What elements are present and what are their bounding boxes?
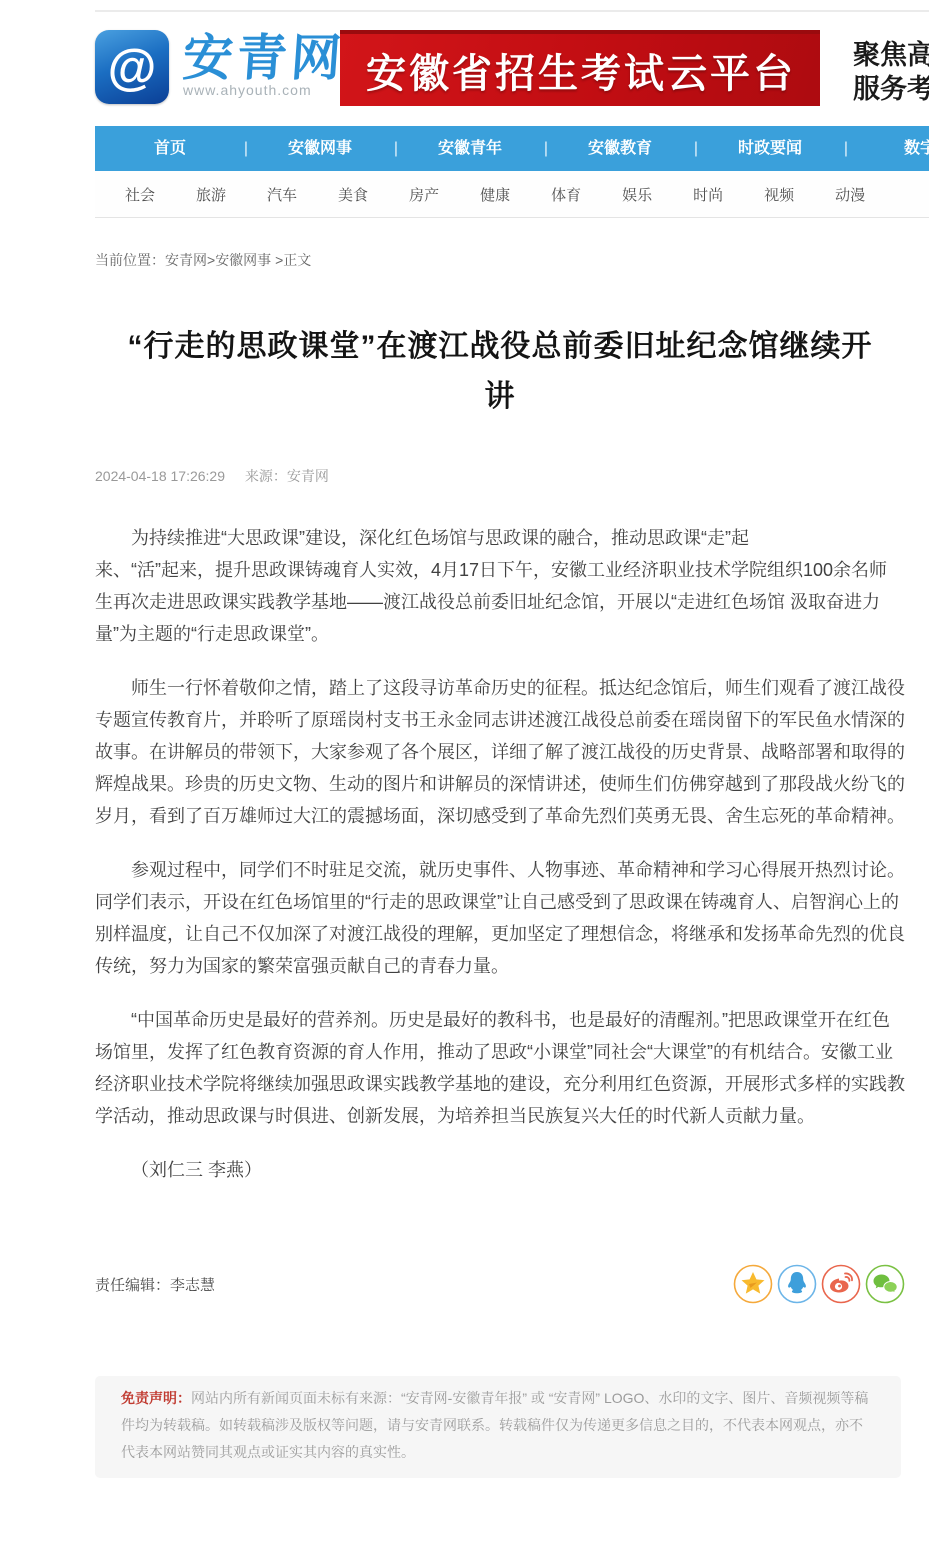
site-name: 安青网 — [181, 30, 347, 86]
at-logo-icon: @ — [95, 30, 169, 104]
breadcrumb: 当前位置：安青网>安徽网事 >正文 — [95, 250, 929, 270]
main-nav: 首页 安徽网事 安徽青年 安徽教育 时政要闻 数字 — [95, 126, 929, 171]
paragraph: 参观过程中，同学们不时驻足交流，就历史事件、人物事迹、革命精神和学习心得展开热烈… — [95, 854, 905, 982]
banner-title: 安徽省招生考试云平台 — [340, 42, 796, 99]
nav-item-politics[interactable]: 时政要闻 — [695, 126, 845, 171]
site-header: @ 安青网 www.ahyouth.com 安徽省招生考试云平台 聚焦高 服务考 — [95, 30, 929, 106]
subnav-fashion[interactable]: 时尚 — [693, 184, 723, 205]
paragraph: “中国革命历史是最好的营养剂。历史是最好的教科书，也是最好的清醒剂。”把思政课堂… — [95, 1004, 905, 1132]
breadcrumb-separator: > — [207, 252, 215, 268]
paragraph: 师生一行怀着敬仰之情，踏上了这段寻访革命历史的征程。抵达纪念馆后，师生们观看了渡… — [95, 672, 905, 832]
slogan-line-1: 聚焦高 — [853, 38, 929, 72]
subnav-auto[interactable]: 汽车 — [267, 184, 297, 205]
nav-item-home[interactable]: 首页 — [95, 126, 245, 171]
editor-row: 责任编辑：李志慧 — [95, 1264, 905, 1304]
weibo-share-button[interactable] — [821, 1264, 861, 1304]
qzone-icon — [733, 1264, 773, 1304]
source-label: 来源：安青网 — [245, 468, 329, 484]
subnav-health[interactable]: 健康 — [480, 184, 510, 205]
breadcrumb-label: 当前位置： — [95, 252, 165, 268]
subnav-video[interactable]: 视频 — [764, 184, 794, 205]
subnav-travel[interactable]: 旅游 — [196, 184, 226, 205]
qq-share-button[interactable] — [777, 1264, 817, 1304]
share-bar — [733, 1264, 905, 1304]
top-divider — [95, 10, 929, 12]
nav-item-digital[interactable]: 数字 — [845, 126, 929, 171]
banner-slogan: 聚焦高 服务考 — [853, 38, 929, 106]
breadcrumb-section-link[interactable]: 安徽网事 — [215, 252, 271, 268]
sub-nav: 社会 旅游 汽车 美食 房产 健康 体育 娱乐 时尚 视频 动漫 — [95, 171, 929, 218]
disclaimer-box: 免责声明：网站内所有新闻页面未标有来源：“安青网-安徽青年报” 或 “安青网” … — [95, 1376, 901, 1478]
subnav-food[interactable]: 美食 — [338, 184, 368, 205]
responsible-editor: 责任编辑：李志慧 — [95, 1274, 215, 1295]
disclaimer-label: 免责声明： — [121, 1390, 191, 1406]
nav-item-anhui-youth[interactable]: 安徽青年 — [395, 126, 545, 171]
weibo-icon — [821, 1264, 861, 1304]
article-body: 为持续推进“大思政课”建设，深化红色场馆与思政课的融合，推动思政课“走”起 来、… — [95, 522, 905, 1186]
qzone-share-button[interactable] — [733, 1264, 773, 1304]
article-meta: 2024-04-18 17:26:29 来源：安青网 — [95, 466, 905, 486]
nav-item-anhui-news[interactable]: 安徽网事 — [245, 126, 395, 171]
nav-item-anhui-education[interactable]: 安徽教育 — [545, 126, 695, 171]
publish-date: 2024-04-18 17:26:29 — [95, 468, 225, 484]
wechat-share-button[interactable] — [865, 1264, 905, 1304]
subnav-society[interactable]: 社会 — [125, 184, 155, 205]
article: “行走的思政课堂”在渡江战役总前委旧址纪念馆继续开讲 2024-04-18 17… — [95, 322, 905, 1186]
breadcrumb-separator-2: > — [271, 252, 283, 268]
subnav-realestate[interactable]: 房产 — [409, 184, 439, 205]
breadcrumb-current: 正文 — [283, 252, 311, 268]
paragraph: 为持续推进“大思政课”建设，深化红色场馆与思政课的融合，推动思政课“走”起 来、… — [95, 522, 905, 650]
slogan-line-2: 服务考 — [853, 72, 929, 106]
subnav-anime[interactable]: 动漫 — [835, 184, 865, 205]
disclaimer-text: 网站内所有新闻页面未标有来源：“安青网-安徽青年报” 或 “安青网” LOGO、… — [121, 1390, 868, 1460]
byline: （刘仁三 李燕） — [95, 1154, 905, 1186]
breadcrumb-home-link[interactable]: 安青网 — [165, 252, 207, 268]
article-title: “行走的思政课堂”在渡江战役总前委旧址纪念馆继续开讲 — [115, 322, 885, 422]
subnav-sports[interactable]: 体育 — [551, 184, 581, 205]
subnav-entertainment[interactable]: 娱乐 — [622, 184, 652, 205]
exam-platform-banner[interactable]: 安徽省招生考试云平台 — [340, 30, 820, 106]
qq-icon — [777, 1264, 817, 1304]
wechat-icon — [865, 1264, 905, 1304]
